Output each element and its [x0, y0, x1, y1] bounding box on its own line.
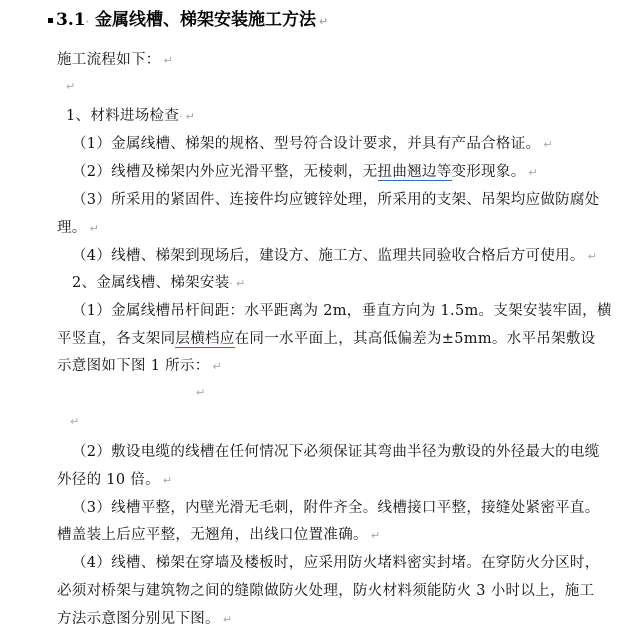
- text: 1、材料进场检查: [66, 108, 179, 124]
- grammar-underlined-text[interactable]: 层横档应: [175, 331, 234, 348]
- heading-bullet-icon: [48, 18, 53, 23]
- text: 槽盖装上后应平整，无翘角，出线口位置准确。: [57, 527, 368, 543]
- paragraph-mark-icon: ↵: [186, 110, 196, 123]
- grammar-underlined-text[interactable]: 扭曲翘边等: [378, 164, 452, 181]
- text: （3）线槽平整，内壁光滑无毛刺，附件齐全。线槽接口平整，接缝处紧密平直。: [72, 500, 600, 516]
- paragraph-mark-icon: ↵: [588, 250, 598, 263]
- section-2-item-1-line-1: （1）金属线槽吊杆间距：水平距离为 2m，垂直方向为 1.5m。支架安装牢固，横: [72, 301, 612, 321]
- text: （3）所采用的紧固件、连接件均应镀锌处理，所采用的支架、吊架均应做防腐处: [72, 192, 600, 208]
- section-1-item-3-line-2: 理。↵: [57, 218, 99, 239]
- section-2-item-2-line-1: （2）敷设电缆的线槽在任何情况下必须保证其弯曲半径为敷设的外径最大的电缆: [72, 442, 600, 462]
- section-1-item-2: （2）线槽及梯架内外应光滑平整，无棱刺，无扭曲翘边等变形现象。↵: [72, 162, 538, 183]
- paragraph-mark-icon: ↵: [223, 613, 233, 626]
- section-2-item-3-line-2: 槽盖装上后应平整，无翘角，出线口位置准确。↵: [57, 525, 380, 546]
- paragraph-intro: 施工流程如下：↵: [57, 50, 173, 71]
- paragraph-mark-icon: ↵: [164, 54, 174, 67]
- text: 方法示意图分别见下图。: [57, 611, 220, 627]
- text: 理。: [57, 220, 87, 236]
- section-2-item-1-line-3: 示意图如下图 1 所示：↵: [57, 356, 222, 377]
- paragraph-mark-icon: ↵: [70, 415, 79, 428]
- paragraph-mark-icon: ↵: [529, 166, 539, 179]
- paragraph-mark-icon: ↵: [213, 360, 223, 373]
- text: （4）线槽、梯架到现场后，建设方、施工方、监理共同验收合格后方可使用。: [72, 248, 585, 264]
- paragraph-mark-icon: ↵: [196, 386, 205, 399]
- paragraph-mark-icon: ↵: [371, 529, 381, 542]
- text: （1）金属线槽、梯架的规格、型号符合设计要求，并具有产品合格证。: [72, 136, 540, 152]
- section-2-item-4-line-1: （4）线槽、梯架在穿墙及楼板时，应采用防火堵料密实封堵。在穿防火分区时，: [72, 553, 600, 573]
- text: 外径的 10 倍。: [57, 472, 160, 488]
- text: 变形现象。: [452, 164, 526, 180]
- paragraph-mark-icon: ↵: [163, 474, 173, 487]
- text: 平竖直，各支架同: [57, 331, 175, 347]
- text: （1）金属线槽吊杆间距：水平距离为 2m，垂直方向为 1.5m。支架安装牢固，横: [72, 303, 612, 319]
- text: （2）敷设电缆的线槽在任何情况下必须保证其弯曲半径为敷设的外径最大的电缆: [72, 444, 600, 460]
- section-2-item-3-line-1: （3）线槽平整，内壁光滑无毛刺，附件齐全。线槽接口平整，接缝处紧密平直。: [72, 498, 600, 518]
- text: 施工流程如下：: [57, 52, 161, 68]
- paragraph-mark-icon: ↵: [319, 15, 328, 28]
- text: 在同一水平面上，其高低偏差为±5mm。水平吊架敷设: [235, 331, 596, 347]
- paragraph-mark-icon: ↵: [543, 138, 553, 151]
- section-2-item-4-line-3: 方法示意图分别见下图。↵: [57, 609, 232, 630]
- space-mark: ·: [230, 279, 233, 290]
- paragraph-mark-icon: ↵: [66, 80, 75, 93]
- heading-number: 3.1: [56, 10, 86, 30]
- section-heading: 3.1· 金属线槽、梯架安装施工方法↵: [48, 8, 328, 35]
- space-mark: ·: [179, 112, 182, 123]
- text: （2）线槽及梯架内外应光滑平整，无棱刺，无: [72, 164, 378, 180]
- space-mark: ·: [86, 17, 89, 28]
- section-2-item-2-line-2: 外径的 10 倍。↵: [57, 470, 172, 491]
- section-1-item-3-line-1: （3）所采用的紧固件、连接件均应镀锌处理，所采用的支架、吊架均应做防腐处: [72, 190, 600, 210]
- text: 2、金属线槽、梯架安装: [72, 275, 230, 291]
- document-page: 3.1· 金属线槽、梯架安装施工方法↵ 施工流程如下：↵ ↵ 1、材料进场检查·…: [0, 0, 644, 639]
- section-2-item-4-line-2: 必须对桥架与建筑物之间的缝隙做防火处理，防火材料须能防火 3 小时以上，施工: [57, 581, 594, 601]
- section-2-title: 2、金属线槽、梯架安装·↵: [72, 273, 246, 295]
- heading-text: 金属线槽、梯架安装施工方法: [95, 10, 316, 30]
- text: 示意图如下图 1 所示：: [57, 358, 210, 374]
- section-1-title: 1、材料进场检查·↵: [66, 106, 195, 128]
- text: 必须对桥架与建筑物之间的缝隙做防火处理，防火材料须能防火 3 小时以上，施工: [57, 583, 594, 599]
- section-2-item-1-line-2: 平竖直，各支架同层横档应在同一水平面上，其高低偏差为±5mm。水平吊架敷设: [57, 329, 595, 349]
- text: （4）线槽、梯架在穿墙及楼板时，应采用防火堵料密实封堵。在穿防火分区时，: [72, 555, 600, 571]
- paragraph-mark-icon: ↵: [90, 222, 100, 235]
- section-1-item-1: （1）金属线槽、梯架的规格、型号符合设计要求，并具有产品合格证。↵: [72, 134, 553, 155]
- paragraph-mark-icon: ↵: [236, 277, 246, 290]
- section-1-item-4: （4）线槽、梯架到现场后，建设方、施工方、监理共同验收合格后方可使用。↵: [72, 246, 597, 267]
